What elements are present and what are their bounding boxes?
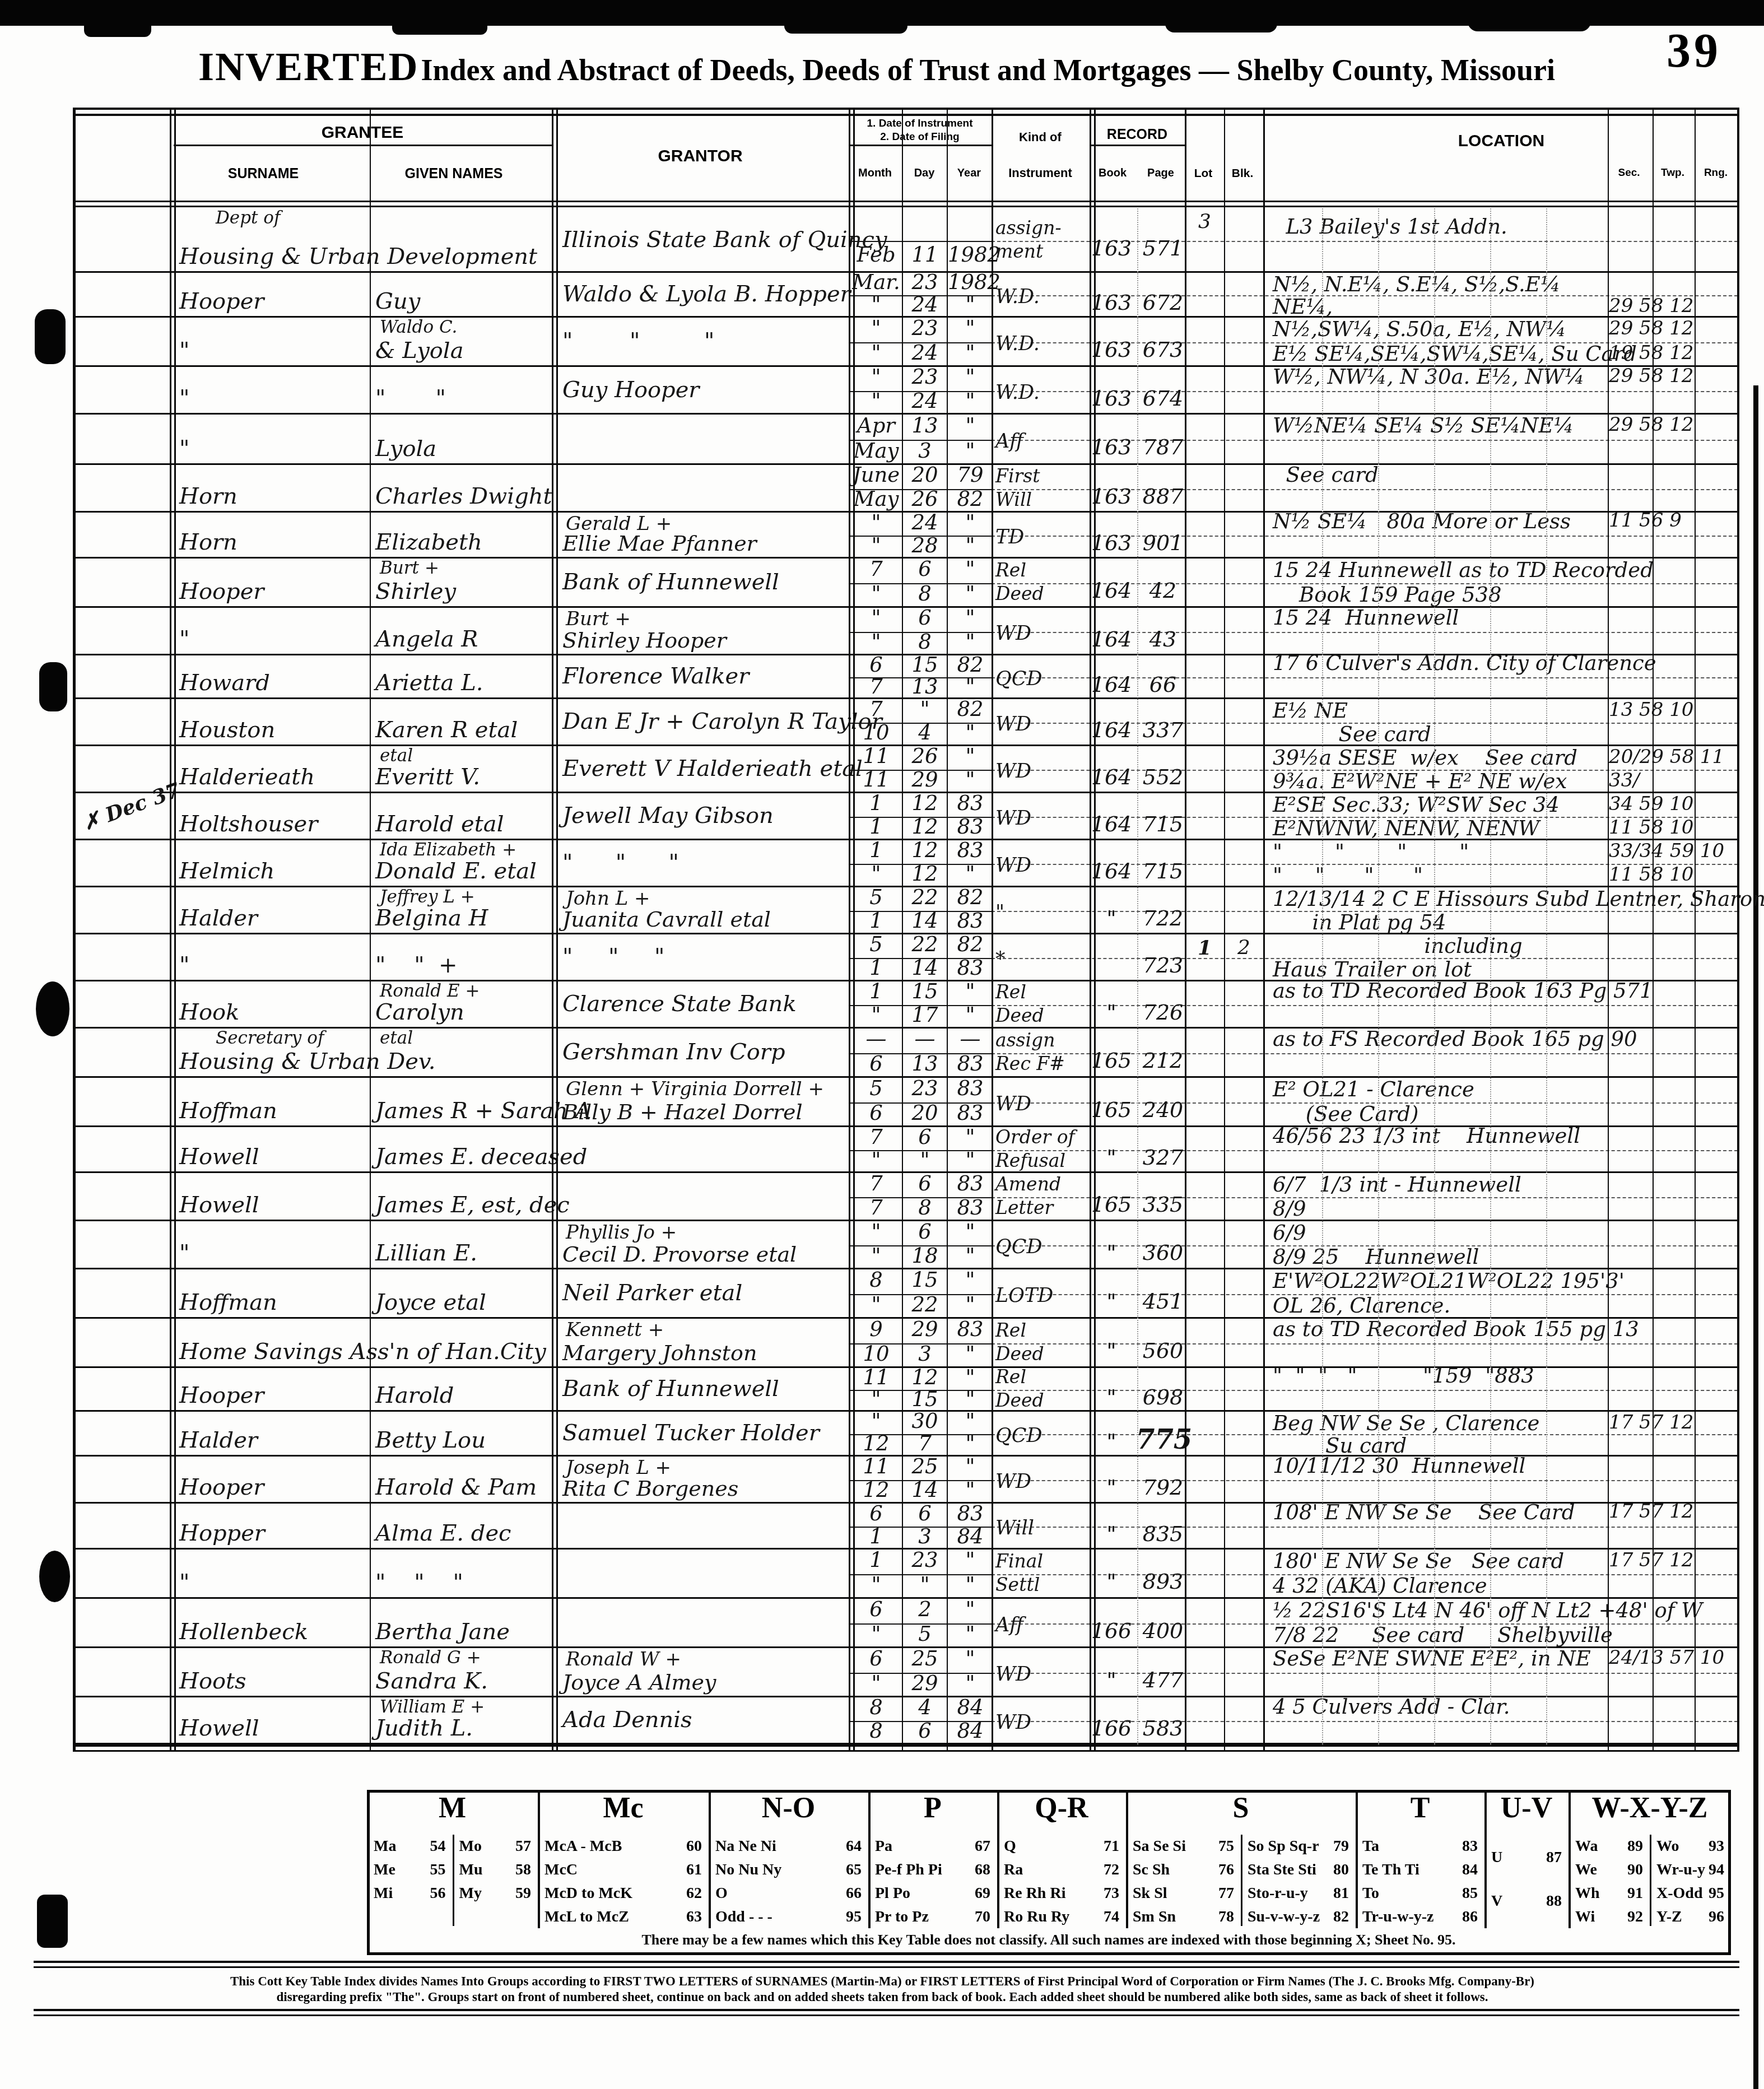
- date-filing: 8: [903, 631, 947, 652]
- date-instrument: ": [850, 1221, 902, 1242]
- record-page: 43: [1136, 629, 1190, 650]
- date-instrument: 11: [850, 1367, 902, 1388]
- punch-mark: [37, 1895, 68, 1948]
- col-header-location: LOCATION: [1458, 132, 1544, 151]
- sec-twp-rng: 29 58 12: [1609, 366, 1739, 385]
- key-entry-number: 73: [1088, 1885, 1119, 1902]
- date-filing: ": [948, 1389, 993, 1409]
- key-group-header: U-V: [1501, 1792, 1552, 1825]
- sec-twp-rng: 29 58 12: [1609, 319, 1739, 338]
- date-instrument: 1: [850, 981, 902, 1002]
- key-entry-number: 95: [1693, 1885, 1724, 1902]
- date-filing: 13: [903, 1053, 947, 1074]
- grantor: Gerald L +Ellie Mae Pfanner: [559, 513, 848, 557]
- date-instrument: 6: [850, 654, 902, 675]
- grantee-given-note: Ronald G +: [380, 1649, 481, 1667]
- grantee-given: " " +: [375, 954, 458, 976]
- date-instrument: 83: [948, 1173, 993, 1194]
- page-title: INVERTED Index and Abstract of Deeds, De…: [198, 44, 1555, 90]
- location-text: N½,SW¼, S.50a, E½, NW¼: [1273, 319, 1566, 339]
- date-filing: 84: [948, 1526, 993, 1547]
- key-entry-number: 89: [1612, 1837, 1643, 1855]
- grantee-surname: ": [179, 339, 189, 362]
- grantee-surname: Halder: [179, 1429, 258, 1451]
- table-row: HooperHaroldBank of Hunnewell1112""15"Re…: [73, 1368, 1739, 1412]
- location-text: 4 5 Culvers Add - Clar.: [1273, 1696, 1510, 1717]
- date-instrument: 23: [903, 318, 947, 338]
- key-entry-label: Ra: [1004, 1861, 1023, 1879]
- key-entry-number: 91: [1612, 1885, 1643, 1902]
- location: 6/7 1/3 int - Hunnewell8/9: [1265, 1173, 1739, 1220]
- key-group-header: M: [439, 1792, 466, 1825]
- location-text: 8/9: [1273, 1198, 1306, 1219]
- date-instrument: ": [948, 1648, 993, 1669]
- date-instrument: 6: [903, 607, 947, 628]
- date-filing: 3: [903, 440, 947, 461]
- date-filing: 83: [948, 1197, 993, 1218]
- date-instrument: ": [850, 512, 902, 533]
- kind-of-instrument: WD: [993, 608, 1090, 654]
- col-header-grantee: GRANTEE: [322, 123, 404, 142]
- date-filing: 1982: [948, 244, 993, 265]
- location-text: 180' E NW Se Se See card: [1273, 1551, 1564, 1571]
- footer-line2: disregarding prefix "The". Groups start …: [276, 1990, 1488, 2004]
- grantee-given: James E. deceased: [375, 1146, 587, 1168]
- grantee-surname: Helmich: [179, 860, 274, 882]
- lot: 3: [1186, 212, 1223, 232]
- col-header-book: Book: [1099, 167, 1127, 180]
- kind-of-instrument: Aff: [993, 415, 1090, 463]
- sec-twp-rng: 33/: [1609, 771, 1739, 790]
- date-instrument: —: [948, 1029, 993, 1049]
- record-page: 337: [1136, 719, 1190, 741]
- grantee-given: Lillian E.: [375, 1242, 477, 1264]
- grantor: Ada Dennis: [559, 1697, 848, 1743]
- grantee-given: Elizabeth: [375, 531, 482, 553]
- table-row: HelmichIda Elizabeth +Donald E. etal" " …: [73, 840, 1739, 887]
- date-instrument: ": [948, 512, 993, 533]
- grantee-surname: Hoffman: [179, 1100, 277, 1122]
- kind-of-instrument: WD: [993, 793, 1090, 839]
- kind-of-instrument: W.D.: [993, 367, 1090, 413]
- record-page: 212: [1136, 1050, 1190, 1071]
- location-text: 108' E NW Se Se See Card: [1273, 1502, 1575, 1523]
- location-text: 8/9 25 Hunnewell: [1273, 1246, 1479, 1267]
- sec-twp-rng: 11 58 10: [1609, 865, 1739, 884]
- date-instrument: 23: [903, 272, 947, 292]
- date-filing: 3: [903, 1343, 947, 1364]
- grantee-given: Angela R: [375, 628, 478, 650]
- grantee-surname: Howell: [179, 1717, 259, 1739]
- date-filing: 7: [850, 676, 902, 697]
- date-filing: May: [850, 440, 902, 461]
- record-page: 673: [1136, 339, 1190, 360]
- date-filing: ": [948, 1343, 993, 1364]
- grantor: Phyllis Jo +Cecil D. Provorse etal: [559, 1221, 848, 1268]
- grantee-surname: Hooper: [179, 580, 264, 603]
- date-instrument: 22: [903, 887, 947, 908]
- grantee-surname: ": [179, 954, 189, 976]
- location-text: See card: [1273, 464, 1379, 485]
- kind-of-instrument: QCD: [993, 1412, 1090, 1455]
- date-filing: 1: [850, 816, 902, 837]
- col-header-lot: Lot: [1194, 167, 1213, 180]
- grantor: Illinois State Bank of Quincy: [559, 208, 848, 271]
- date-instrument: 6: [850, 1599, 902, 1620]
- col-header-record: RECORD: [1107, 127, 1167, 143]
- key-entry-number: 67: [959, 1837, 990, 1855]
- date-filing: ": [948, 1245, 993, 1266]
- grantee-surname: Horn: [179, 531, 238, 553]
- date-filing: 17: [903, 1004, 947, 1025]
- date-filing: 14: [903, 910, 947, 931]
- key-entry-number: 57: [500, 1837, 531, 1855]
- location: 15 24 Hunnewell as to TD Recorded Book 1…: [1265, 559, 1739, 606]
- kind-of-instrument: LOTD: [993, 1269, 1090, 1317]
- key-entry-label: Sta Ste Sti: [1248, 1861, 1316, 1879]
- scan-smudge: [1165, 15, 1277, 32]
- grantee-given: James E, est, dec: [375, 1194, 570, 1216]
- location: Beg NW Se Se , Clarence17 57 12 Su card: [1265, 1412, 1739, 1455]
- date-filing: 24: [903, 390, 947, 411]
- grantor: " " ": [559, 840, 848, 886]
- date-instrument: 7: [850, 699, 902, 719]
- date-instrument: 25: [903, 1648, 947, 1669]
- date-filing: 83: [948, 910, 993, 931]
- kind-of-instrument: WD: [993, 746, 1090, 792]
- date-filing: ": [948, 583, 993, 604]
- key-entry-label: Sc Sh: [1133, 1861, 1170, 1879]
- date-filing: ": [948, 631, 993, 652]
- date-filing: May: [850, 488, 902, 509]
- date-filing: 12: [850, 1433, 902, 1454]
- key-entry-label: We: [1575, 1861, 1597, 1879]
- kind-of-instrument: QCD: [993, 655, 1090, 697]
- location: 39½a SESE w/ex See card20/29 58 119¾a. E…: [1265, 746, 1739, 792]
- date-instrument: 11: [850, 746, 902, 766]
- grantor: Burt +Shirley Hooper: [559, 608, 848, 654]
- date-instrument: 4: [903, 1697, 947, 1718]
- location: N½ SE¼ 80a More or Less11 56 9: [1265, 513, 1739, 557]
- col-header-surname: SURNAME: [228, 166, 299, 182]
- record-page: 722: [1136, 908, 1190, 929]
- date-instrument: ": [948, 1221, 993, 1242]
- key-entry-number: 79: [1318, 1837, 1349, 1855]
- key-entry-label: Ma: [374, 1837, 396, 1855]
- sec-twp-rng: 34 59 10: [1609, 794, 1739, 813]
- kind-of-instrument: WD: [993, 1457, 1090, 1502]
- date-instrument: 30: [903, 1411, 947, 1431]
- grantee-given: Harold etal: [375, 813, 504, 835]
- grantee-surname: Housing & Urban Dev.: [179, 1050, 436, 1073]
- date-instrument: ": [948, 1411, 993, 1431]
- key-entry-number: 77: [1203, 1885, 1234, 1902]
- grantor: Joseph L +Rita C Borgenes: [559, 1457, 848, 1502]
- col-header-page: Page: [1147, 167, 1174, 180]
- sec-twp-rng: 17 57 12: [1609, 1413, 1739, 1432]
- grantee-given-note: Burt +: [380, 560, 439, 577]
- grantee-surname: ": [179, 628, 189, 650]
- grantor: Samuel Tucker Holder: [559, 1412, 848, 1455]
- date-filing: 7: [903, 1433, 947, 1454]
- location-text: " " " " "159 "883: [1273, 1365, 1534, 1386]
- kind-of-instrument: RelDeed: [993, 559, 1090, 606]
- date-instrument: 83: [948, 1078, 993, 1099]
- date-filing: ": [850, 342, 902, 363]
- col-header-kind2: Instrument: [1008, 166, 1072, 180]
- key-entry-label: McA - McB: [544, 1837, 622, 1855]
- key-group-header: P: [924, 1792, 942, 1825]
- punch-mark: [36, 981, 69, 1036]
- location: includingHaus Trailer on lot: [1265, 934, 1739, 980]
- location: 12/13/14 2 C E Hissours Subd Lentner, Sh…: [1265, 887, 1739, 933]
- date-instrument: 84: [948, 1697, 993, 1718]
- location: as to FS Recorded Book 165 pg 90: [1265, 1029, 1739, 1076]
- date-instrument: 25: [903, 1456, 947, 1477]
- key-entry-label: Me: [374, 1861, 395, 1879]
- date-instrument: 1: [850, 840, 902, 860]
- grantee-given-note: William E +: [380, 1699, 485, 1716]
- sec-twp-rng: 11 56 9: [1609, 511, 1739, 530]
- location-text: 15 24 Hunnewell as to TD Recorded: [1273, 560, 1654, 580]
- location-text: 6/9: [1273, 1222, 1306, 1243]
- key-entry-label: Ro Ru Ry: [1004, 1908, 1069, 1926]
- grantee-given: Arietta L.: [375, 672, 483, 694]
- key-entry-label: Re Rh Ri: [1004, 1885, 1065, 1902]
- grantee-surname: Hoots: [179, 1670, 246, 1692]
- sec-twp-rng: 29 58 12: [1609, 296, 1739, 315]
- location: 6/98/9 25 Hunnewell: [1265, 1221, 1739, 1268]
- grantee-given-note: etal: [380, 1030, 413, 1047]
- key-entry-label: Te Th Ti: [1362, 1861, 1419, 1879]
- date-filing: ": [850, 1245, 902, 1266]
- grantee-given: Donald E. etal: [375, 860, 537, 882]
- location: 180' E NW Se Se See card17 57 124 32 (AK…: [1265, 1550, 1739, 1597]
- date-instrument: ": [948, 415, 993, 436]
- grantee-surname: Housing & Urban Development: [179, 245, 537, 268]
- date-filing: ": [948, 1004, 993, 1025]
- key-entry-number: 94: [1693, 1861, 1724, 1879]
- date-filing: Feb: [850, 244, 902, 265]
- grantee-surname: Hoffman: [179, 1291, 277, 1314]
- key-entry-number: 90: [1612, 1861, 1643, 1879]
- key-entry-number: 68: [959, 1861, 990, 1879]
- date-instrument: 15: [903, 981, 947, 1002]
- date-filing: 1: [850, 1526, 902, 1547]
- location: L3 Bailey's 1st Addn.: [1265, 208, 1739, 271]
- table-row: HowardArietta L.Florence Walker61582713"…: [73, 655, 1739, 699]
- date-instrument: 12: [903, 1367, 947, 1388]
- location-text: NE¼,: [1273, 296, 1333, 317]
- key-entry-number: 78: [1203, 1908, 1234, 1926]
- table-row: Dept ofHousing & Urban DevelopmentIllino…: [73, 208, 1739, 273]
- date-filing: 24: [903, 294, 947, 315]
- kind-of-instrument: FinalSettl: [993, 1550, 1090, 1597]
- grantee-given-note: Jeffrey L +: [380, 888, 475, 906]
- location-text: ½ 22S16'S Lt4 N 46' off N Lt2 +48' of W: [1273, 1600, 1702, 1621]
- grantee-given: " " ": [375, 1571, 463, 1594]
- date-instrument: 15: [903, 654, 947, 675]
- kind-of-instrument: RelDeed: [993, 1319, 1090, 1366]
- sec-twp-rng: 11 58 10: [1609, 818, 1739, 837]
- date-filing: ": [948, 1673, 993, 1693]
- table-row: HookRonald E +CarolynClarence State Bank…: [73, 981, 1739, 1029]
- location: E'W²OL22W²OL21W²OL22 195'3'OL 26, Claren…: [1265, 1269, 1739, 1317]
- record-page: 477: [1136, 1669, 1190, 1691]
- date-instrument: ": [850, 318, 902, 338]
- date-instrument: Mar.: [850, 272, 902, 292]
- key-group-header: T: [1411, 1792, 1430, 1825]
- date-filing: ": [948, 294, 993, 315]
- key-entry-number: 71: [1088, 1837, 1119, 1855]
- date-instrument: ": [850, 1411, 902, 1431]
- date-filing: 11: [903, 244, 947, 265]
- grantee-given: Harold & Pam: [375, 1476, 537, 1499]
- kind-of-instrument: WD: [993, 1078, 1090, 1125]
- col-header-blk: Blk.: [1232, 167, 1254, 180]
- col-header-month: Month: [858, 167, 892, 180]
- table-row: HoffmanJoyce etalNeil Parker etal815""22…: [73, 1269, 1739, 1319]
- date-instrument: 2: [903, 1599, 947, 1620]
- key-entry-label: Wi: [1575, 1908, 1595, 1926]
- key-entry-label: Pr to Pz: [875, 1908, 929, 1926]
- kind-of-instrument: Will: [993, 1504, 1090, 1548]
- key-entry-label: Sto-r-u-y: [1248, 1885, 1308, 1902]
- date-filing: ": [948, 535, 993, 556]
- date-filing: 82: [948, 488, 993, 509]
- grantee-surname: ": [179, 438, 189, 460]
- record-page: 583: [1136, 1718, 1190, 1739]
- grantee-surname: Hopper: [179, 1522, 265, 1544]
- date-filing: ": [948, 1433, 993, 1454]
- grantee-given: Alma E. dec: [375, 1522, 511, 1544]
- table-row: "Lillian E.Phyllis Jo +Cecil D. Provorse…: [73, 1221, 1739, 1269]
- record-page: 42: [1136, 580, 1190, 601]
- sec-twp-rng: 19 58 12: [1609, 343, 1739, 362]
- table-row: ✗ Dec 37HoltshouserHarold etalJewell May…: [73, 793, 1739, 840]
- date-filing: 6: [850, 1053, 902, 1074]
- date-instrument: 7: [850, 1127, 902, 1147]
- key-group-header: Q-R: [1035, 1792, 1088, 1825]
- key-entry-number: 70: [959, 1908, 990, 1926]
- location-text: E½ NE: [1273, 700, 1348, 721]
- location: as to TD Recorded Book 155 pg 13: [1265, 1319, 1739, 1366]
- key-entry-number: 76: [1203, 1861, 1234, 1879]
- key-entry-number: 93: [1693, 1837, 1724, 1855]
- grantee-given: Sandra K.: [375, 1670, 488, 1692]
- location-text: 46/56 23 1/3 int Hunnewell: [1273, 1125, 1580, 1146]
- record-page: 240: [1136, 1099, 1190, 1120]
- key-entry-number: 75: [1203, 1837, 1234, 1855]
- date-instrument: 5: [850, 934, 902, 955]
- key-entry-label: Wa: [1575, 1837, 1598, 1855]
- key-entry-number: 96: [1693, 1908, 1724, 1926]
- key-entry-label: Pl Po: [875, 1885, 910, 1902]
- kind-of-instrument: QCD: [993, 1221, 1090, 1268]
- location-text: N½ SE¼ 80a More or Less: [1273, 511, 1571, 532]
- record-page: 400: [1136, 1620, 1190, 1641]
- date-instrument: 23: [903, 366, 947, 387]
- key-entry-number: 87: [1530, 1849, 1562, 1867]
- location: 15 24 Hunnewell: [1265, 608, 1739, 654]
- grantee-given: Karen R etal: [375, 719, 518, 741]
- record-page: 451: [1136, 1291, 1190, 1312]
- date-filing: 15: [903, 1389, 947, 1409]
- table-row: HornCharles DwightJune2079May2682FirstWi…: [73, 465, 1739, 513]
- grantee-surname-note: Secretary of: [216, 1030, 324, 1047]
- grantee-surname: Houston: [179, 719, 275, 741]
- date-instrument: ": [948, 1127, 993, 1147]
- date-instrument: 83: [948, 793, 993, 813]
- key-entry-label: V: [1491, 1892, 1502, 1910]
- kind-of-instrument: *: [993, 934, 1090, 980]
- grantee-surname: ": [179, 387, 189, 410]
- date-filing: 8: [850, 1720, 902, 1741]
- location: E²SE Sec.33; W²SW Sec 3434 59 10E²NWNW, …: [1265, 793, 1739, 839]
- date-instrument: ": [948, 981, 993, 1002]
- table-row: HowellJames E. deceased76""""Order ofRef…: [73, 1127, 1739, 1173]
- grantee-given-note: Waldo C.: [380, 319, 457, 336]
- location-text: " " " ": [1273, 841, 1469, 862]
- date-instrument: ": [948, 318, 993, 338]
- date-filing: ": [850, 1150, 902, 1170]
- date-instrument: June: [850, 464, 902, 485]
- date-instrument: 9: [850, 1319, 902, 1339]
- date-instrument: 5: [850, 887, 902, 908]
- location: W½, NW¼, N 30a. E½, NW¼29 58 12: [1265, 367, 1739, 413]
- key-entry-label: No Nu Ny: [715, 1861, 781, 1879]
- scan-edge-right: [1753, 385, 1758, 2089]
- date-filing: 22: [903, 1294, 947, 1315]
- grantee-given: Betty Lou: [375, 1429, 486, 1451]
- location: as to TD Recorded Book 163 Pg 571: [1265, 981, 1739, 1027]
- date-filing: 29: [903, 769, 947, 790]
- grantor: Jewell May Gibson: [559, 793, 848, 839]
- date-filing: 8: [903, 583, 947, 604]
- date-filing: 1: [850, 957, 902, 978]
- key-entry-number: 80: [1318, 1861, 1349, 1879]
- grantee-surname: Halderieath: [179, 766, 315, 788]
- grantee-given: Lyola: [375, 438, 436, 460]
- grantee-surname: Hook: [179, 1001, 239, 1023]
- grantee-surname: ": [179, 1242, 189, 1264]
- grantee-given: & Lyola: [375, 339, 464, 362]
- scanned-deed-index-page: INVERTED Index and Abstract of Deeds, De…: [0, 0, 1764, 2089]
- location-text: W½NE¼ SE¼ S½ SE¼NE¼: [1273, 415, 1574, 436]
- col-header-day: Day: [914, 167, 935, 180]
- grantee-given: Carolyn: [375, 1001, 464, 1023]
- punch-mark: [35, 309, 66, 364]
- key-entry-number: 65: [830, 1861, 862, 1879]
- location-text: E'W²OL22W²OL21W²OL22 195'3': [1273, 1271, 1625, 1291]
- date-filing: ": [850, 1389, 902, 1409]
- page-number: 39: [1667, 22, 1721, 78]
- sec-twp-rng: 20/29 58 11: [1609, 747, 1739, 766]
- grantor: Dan E Jr + Carolyn R Taylor: [559, 699, 848, 745]
- location-text: 17 6 Culver's Addn. City of Clarence: [1273, 653, 1656, 673]
- date-filing: 12: [903, 863, 947, 884]
- key-entry-label: Sa Se Si: [1133, 1837, 1186, 1855]
- table-row: HootsRonald G +Sandra K.Ronald W +Joyce …: [73, 1648, 1739, 1697]
- table-row: HooperBurt +ShirleyBank of Hunnewell76""…: [73, 559, 1739, 608]
- date-instrument: ": [903, 699, 947, 719]
- grantee-given: " ": [375, 387, 446, 410]
- location-text: L3 Bailey's 1st Addn.: [1273, 216, 1507, 237]
- grantor: " " ": [559, 934, 848, 980]
- location: 46/56 23 1/3 int Hunnewell: [1265, 1127, 1739, 1171]
- date-filing: 4: [903, 722, 947, 743]
- grantor: Neil Parker etal: [559, 1269, 848, 1317]
